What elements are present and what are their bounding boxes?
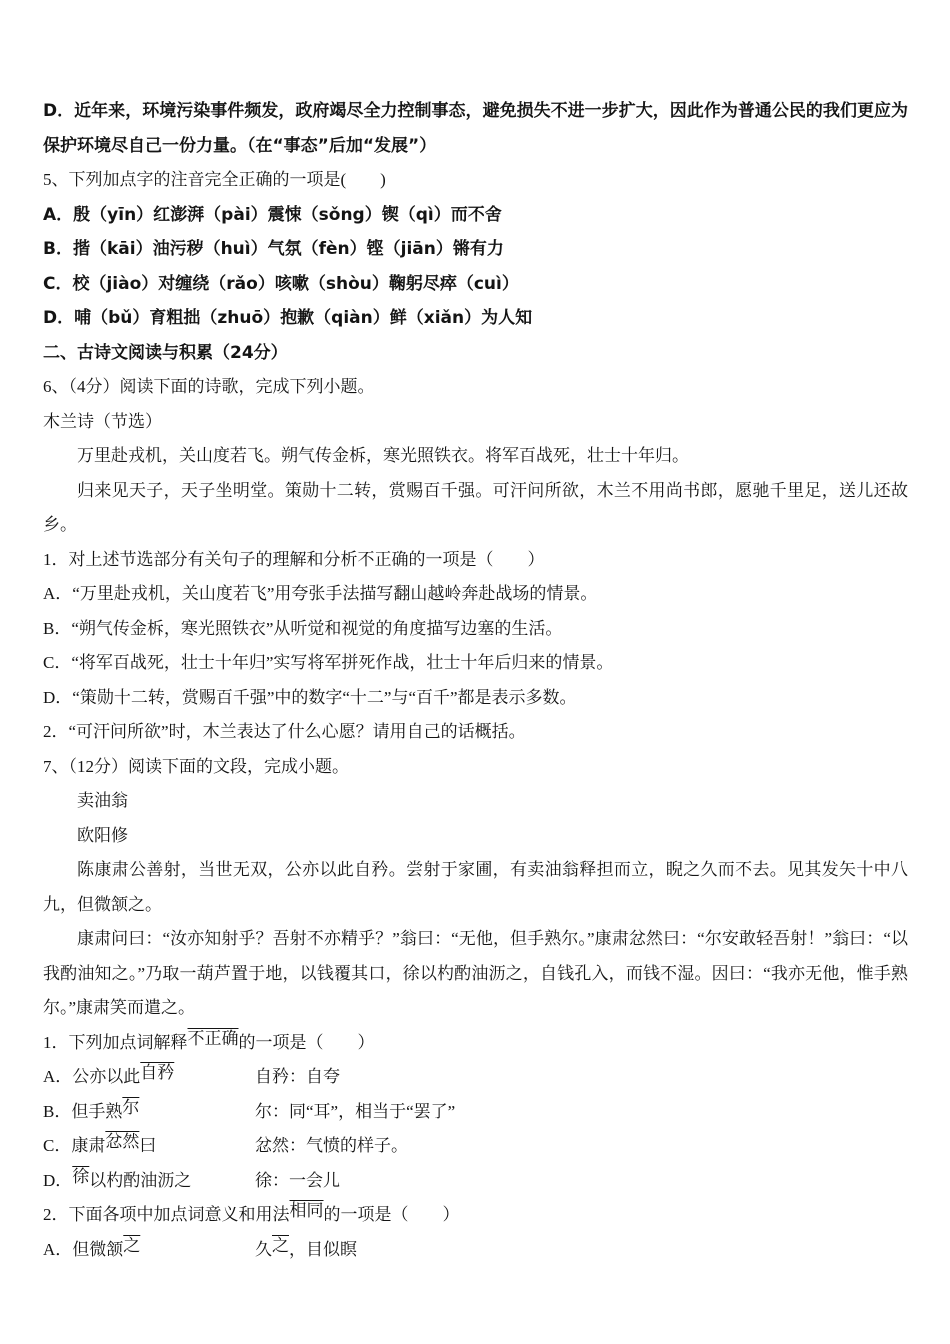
pinyin-item: 殷（yīn）红 xyxy=(73,198,170,233)
option-label: C． xyxy=(43,267,72,302)
q6-1-option-c: C．“将军百战死，壮士十年归”实写将军拼死作战，壮士十年后归来的情景。 xyxy=(43,646,908,681)
pinyin-item: 澎湃（pài） xyxy=(170,198,267,233)
q7-2-option-a: A．但微颔之久之，目似瞑 xyxy=(43,1233,908,1268)
q6-1-option-d: D．“策勋十二转，赏赐百千强”中的数字“十二”与“百千”都是表示多数。 xyxy=(43,681,908,716)
text-segment: B．但手熟 xyxy=(43,1102,122,1121)
q7-1-stem: 1．下列加点词解释不正确的一项是（ ） xyxy=(43,1026,908,1061)
text-segment: 忿然：气愤的样子。 xyxy=(255,1136,408,1155)
text-segment: 2．下面各项中加点词意义和用法 xyxy=(43,1205,290,1224)
option-gloss: 久之，目似瞑 xyxy=(255,1236,357,1259)
pinyin-item: 气氛（fèn） xyxy=(268,232,367,267)
option-phrase: B．但手熟尔 xyxy=(43,1095,255,1130)
emphasized-text: 不正确 xyxy=(188,1029,239,1048)
q7-1-option-c: C．康肃忿然曰忿然：气愤的样子。 xyxy=(43,1129,908,1164)
q5-option-b: B．揩（kāi）油污秽（huì）气氛（fèn）铿（jiān）锵有力 xyxy=(43,232,908,267)
emphasized-text: 忿然 xyxy=(105,1132,139,1151)
option-phrase: C．康肃忿然曰 xyxy=(43,1129,255,1164)
pinyin-item: 震悚（sǒng） xyxy=(268,198,382,233)
q5-option-c: C．校（jiào）对缠绕（rǎo）咳嗽（shòu）鞠躬尽瘁（cuì） xyxy=(43,267,908,302)
text-segment: 1．下列加点词解释 xyxy=(43,1033,188,1052)
poem-title: 木兰诗（节选） xyxy=(43,405,908,440)
option-label: B． xyxy=(43,232,73,267)
text-segment: A．但微颔 xyxy=(43,1240,123,1259)
option-gloss: 徐：一会儿 xyxy=(255,1171,340,1190)
q6-stem: 6、（4分）阅读下面的诗歌，完成下列小题。 xyxy=(43,370,908,405)
text-segment: 曰 xyxy=(139,1136,156,1155)
text-segment: 的一项是（ ） xyxy=(324,1205,460,1224)
passage-paragraph-1: 陈康肃公善射，当世无双，公亦以此自矜。尝射于家圃，有卖油翁释担而立，睨之久而不去… xyxy=(43,853,908,922)
option-gloss: 自矜：自夸 xyxy=(255,1067,340,1086)
poem-line-2: 归来见天子，天子坐明堂。策勋十二转，赏赐百千强。可汗问所欲，木兰不用尚书郎，愿驰… xyxy=(43,474,908,543)
pinyin-item: 揩（kāi）油 xyxy=(73,232,170,267)
pinyin-item: 粗拙（zhuō） xyxy=(166,301,280,336)
q5-option-a: A．殷（yīn）红澎湃（pài）震悚（sǒng）锲（qì）而不舍 xyxy=(43,198,908,233)
pinyin-item: 哺（bǔ）育 xyxy=(74,301,166,336)
text-segment: 以杓酌油沥之 xyxy=(89,1171,191,1190)
emphasized-text: 徐 xyxy=(72,1167,89,1186)
passage-paragraph-2: 康肃问曰：“汝亦知射乎？吾射不亦精乎？”翁曰：“无他，但手熟尔。”康肃忿然曰：“… xyxy=(43,922,908,1026)
section-2-header: 二、古诗文阅读与积累（24分） xyxy=(43,336,908,371)
pinyin-item: 校（jiào）对 xyxy=(72,267,175,302)
pinyin-item: 鞠躬尽瘁（cuì） xyxy=(389,267,519,302)
option-label: D． xyxy=(43,301,74,336)
option-gloss: 忿然：气愤的样子。 xyxy=(255,1136,408,1155)
text-segment: 徐：一会儿 xyxy=(255,1171,340,1190)
q7-1-option-a: A．公亦以此自矜自矜：自夸 xyxy=(43,1060,908,1095)
text-segment: ，目似瞑 xyxy=(289,1240,357,1259)
text-segment: C．康肃 xyxy=(43,1136,105,1155)
option-phrase: A．但微颔之 xyxy=(43,1233,255,1268)
text-segment: 自矜：自夸 xyxy=(255,1067,340,1086)
q6-1-option-a: A．“万里赴戎机，关山度若飞”用夸张手法描写翻山越岭奔赴战场的情景。 xyxy=(43,577,908,612)
q5-option-d: D．哺（bǔ）育粗拙（zhuō）抱歉（qiàn）鲜（xiǎn）为人知 xyxy=(43,301,908,336)
text-segment: 尔：同“耳”，相当于“罢了” xyxy=(255,1102,455,1121)
passage-title: 卖油翁 xyxy=(43,784,908,819)
emphasized-text: 相同 xyxy=(290,1201,324,1220)
pinyin-item: 鲜（xiǎn）为人知 xyxy=(390,301,532,336)
q7-1-option-b: B．但手熟尔尔：同“耳”，相当于“罢了” xyxy=(43,1095,908,1130)
option-label: A． xyxy=(43,198,73,233)
emphasized-text: 尔 xyxy=(122,1098,139,1117)
text-segment: D． xyxy=(43,1171,72,1190)
pinyin-item: 缠绕（rǎo） xyxy=(175,267,275,302)
q6-1-stem: 1．对上述节选部分有关句子的理解和分析不正确的一项是（ ） xyxy=(43,543,908,578)
option-gloss: 尔：同“耳”，相当于“罢了” xyxy=(255,1102,455,1121)
text-segment: 的一项是（ ） xyxy=(239,1033,375,1052)
emphasized-text: 之 xyxy=(272,1236,289,1255)
pinyin-item: 锲（qì）而不舍 xyxy=(382,198,502,233)
emphasized-text: 之 xyxy=(123,1236,140,1255)
q4-option-d-grammar: D．近年来，环境污染事件频发，政府竭尽全力控制事态，避免损失不进一步扩大，因此作… xyxy=(43,94,908,163)
pinyin-item: 抱歉（qiàn） xyxy=(280,301,390,336)
pinyin-item: 污秽（huì） xyxy=(170,232,268,267)
passage-author: 欧阳修 xyxy=(43,819,908,854)
q6-2-stem: 2．“可汗问所欲”时，木兰表达了什么心愿？请用自己的话概括。 xyxy=(43,715,908,750)
exam-document-page: D．近年来，环境污染事件频发，政府竭尽全力控制事态，避免损失不进一步扩大，因此作… xyxy=(0,0,950,1344)
q7-1-option-d: D．徐以杓酌油沥之徐：一会儿 xyxy=(43,1164,908,1199)
q7-2-stem: 2．下面各项中加点词意义和用法相同的一项是（ ） xyxy=(43,1198,908,1233)
emphasized-text: 自矜 xyxy=(140,1063,174,1082)
option-phrase: A．公亦以此自矜 xyxy=(43,1060,255,1095)
option-phrase: D．徐以杓酌油沥之 xyxy=(43,1164,255,1199)
q5-stem: 5、下列加点字的注音完全正确的一项是( ) xyxy=(43,163,908,198)
pinyin-item: 咳嗽（shòu） xyxy=(275,267,389,302)
q6-1-option-b: B．“朔气传金柝，寒光照铁衣”从听觉和视觉的角度描写边塞的生活。 xyxy=(43,612,908,647)
q7-stem: 7、（12分）阅读下面的文段，完成小题。 xyxy=(43,750,908,785)
text-segment: 久 xyxy=(255,1240,272,1259)
poem-line-1: 万里赴戎机，关山度若飞。朔气传金柝，寒光照铁衣。将军百战死，壮士十年归。 xyxy=(43,439,908,474)
text-segment: A．公亦以此 xyxy=(43,1067,140,1086)
pinyin-item: 铿（jiān）锵有力 xyxy=(367,232,504,267)
